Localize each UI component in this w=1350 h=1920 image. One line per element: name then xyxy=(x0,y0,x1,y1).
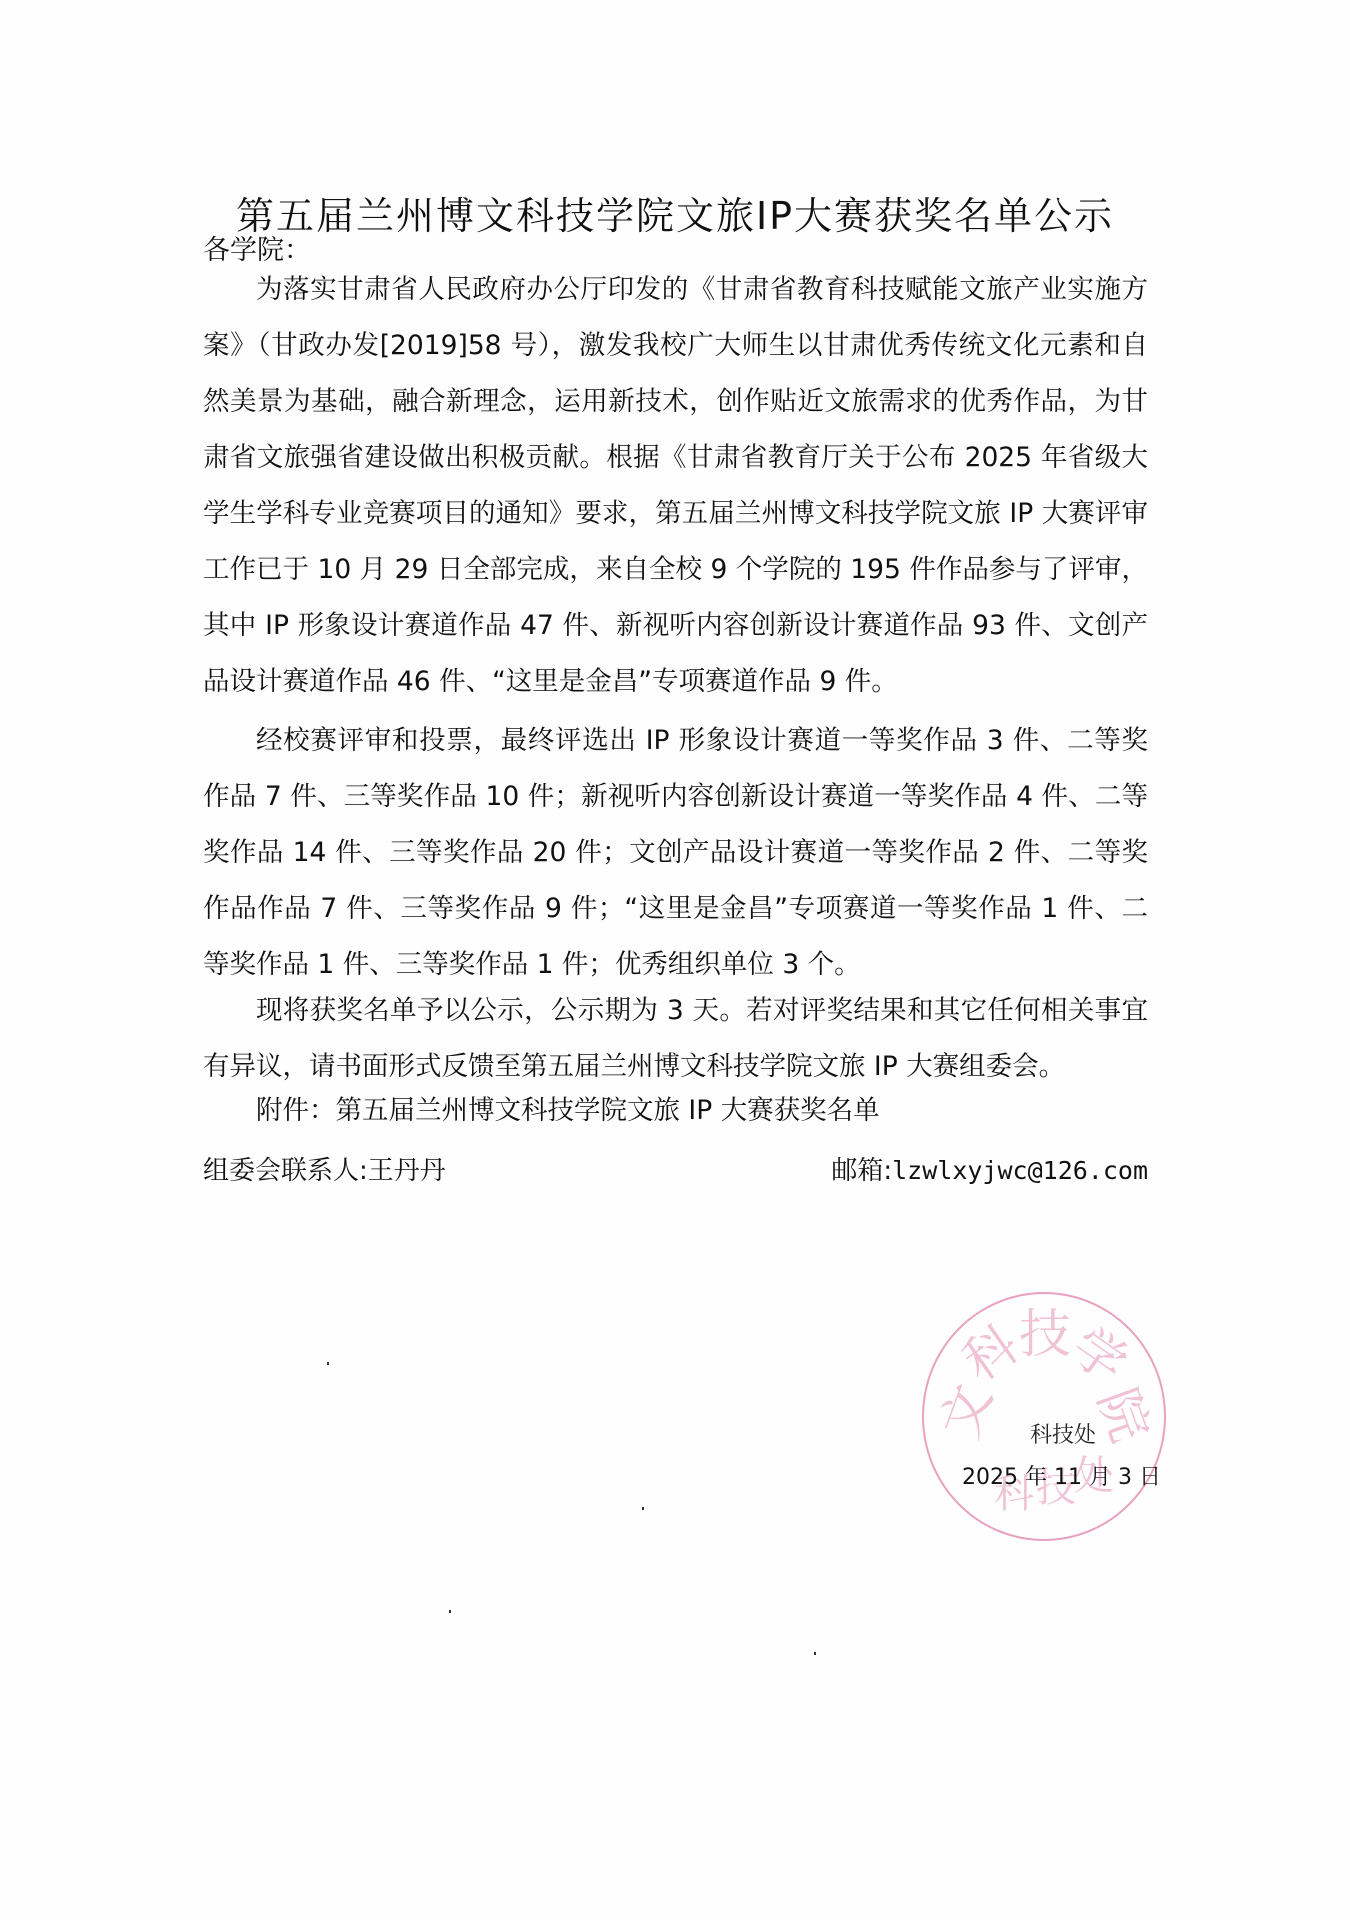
paragraph-background: 为落实甘肃省人民政府办公厅印发的《甘肃省教育科技赋能文旅产业实施方案》（甘政办发… xyxy=(203,262,1148,710)
scan-speck xyxy=(814,1652,816,1655)
seal-character: 技 xyxy=(1019,1292,1071,1367)
attachment-text: 附件：第五届兰州博文科技学院文旅 IP 大赛获奖名单 xyxy=(203,1083,1148,1139)
document-page: 第五届兰州博文科技学院文旅IP大赛获奖名单公示 各学院： 为落实甘肃省人民政府办… xyxy=(0,0,1350,1920)
signature-date: 2025 年 11 月 3 日 xyxy=(962,1460,1161,1491)
contact-row: 组委会联系人:王丹丹 邮箱:lzwlxyjwc@126.com xyxy=(203,1150,1148,1187)
official-seal: 文 科 技 学 院 科 技 处 xyxy=(922,1292,1166,1541)
paragraph-text: 经校赛评审和投票，最终评选出 IP 形象设计赛道一等奖作品 3 件、二等奖作品 … xyxy=(203,713,1148,993)
contact-email: 邮箱:lzwlxyjwc@126.com xyxy=(831,1150,1148,1187)
email-address[interactable]: lzwlxyjwc@126.com xyxy=(892,1156,1148,1185)
scan-speck xyxy=(642,1507,644,1510)
contact-person-name: 王丹丹 xyxy=(368,1156,446,1186)
signature-department: 科技处 xyxy=(1030,1418,1096,1449)
email-label: 邮箱: xyxy=(831,1156,892,1186)
contact-person-label: 组委会联系人: xyxy=(203,1156,368,1186)
paragraph-results: 经校赛评审和投票，最终评选出 IP 形象设计赛道一等奖作品 3 件、二等奖作品 … xyxy=(203,713,1148,993)
scan-speck xyxy=(327,1362,329,1365)
paragraph-announcement: 现将获奖名单予以公示，公示期为 3 天。若对评奖结果和其它任何相关事宜有异议，请… xyxy=(203,983,1148,1095)
paragraph-text: 现将获奖名单予以公示，公示期为 3 天。若对评奖结果和其它任何相关事宜有异议，请… xyxy=(203,983,1148,1095)
paragraph-text: 为落实甘肃省人民政府办公厅印发的《甘肃省教育科技赋能文旅产业实施方案》（甘政办发… xyxy=(203,262,1148,710)
scan-speck xyxy=(449,1610,451,1613)
paragraph-attachment: 附件：第五届兰州博文科技学院文旅 IP 大赛获奖名单 xyxy=(203,1083,1148,1139)
contact-person: 组委会联系人:王丹丹 xyxy=(203,1150,446,1187)
